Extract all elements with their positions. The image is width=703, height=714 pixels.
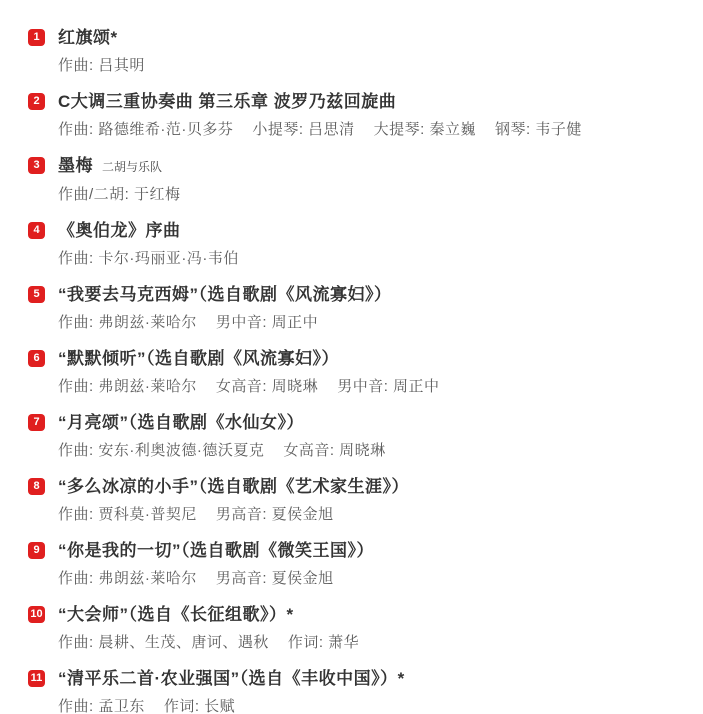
item-title-row: 《奥伯龙》序曲 xyxy=(58,219,683,243)
item-credits: 作曲/二胡: 于红梅 xyxy=(58,184,683,206)
item-credits: 作曲: 路德维希·范·贝多芬小提琴: 吕思清大提琴: 秦立巍钢琴: 韦子健 xyxy=(58,119,683,141)
item-number-badge: 11 xyxy=(28,670,45,687)
program-item: 8 “多么冰凉的小手”（选自歌剧《艺术家生涯》） 作曲: 贾科莫·普契尼男高音:… xyxy=(28,475,683,526)
credit-segment: 作词: 萧华 xyxy=(288,634,359,651)
item-number-badge: 4 xyxy=(28,222,45,239)
item-credits: 作曲: 卡尔·玛丽亚·冯·韦伯 xyxy=(58,248,683,270)
credit-segment: 男中音: 周正中 xyxy=(216,314,318,331)
credit-segment: 作曲: 卡尔·玛丽亚·冯·韦伯 xyxy=(58,250,239,267)
item-content: “多么冰凉的小手”（选自歌剧《艺术家生涯》） 作曲: 贾科莫·普契尼男高音: 夏… xyxy=(58,475,683,526)
credit-segment: 作曲: 贾科莫·普契尼 xyxy=(58,506,197,523)
item-credits: 作曲: 晨耕、生茂、唐诃、遇秋作词: 萧华 xyxy=(58,632,683,654)
item-content: “大会师”（选自《长征组歌》）* 作曲: 晨耕、生茂、唐诃、遇秋作词: 萧华 xyxy=(58,603,683,654)
credit-segment: 男中音: 周正中 xyxy=(337,378,439,395)
item-number-badge: 8 xyxy=(28,478,45,495)
credit-segment: 作词: 长赋 xyxy=(164,698,235,714)
item-content: 墨梅二胡与乐队 作曲/二胡: 于红梅 xyxy=(58,154,683,206)
program-item: 6 “默默倾听”（选自歌剧《风流寡妇》） 作曲: 弗朗兹·莱哈尔女高音: 周晓琳… xyxy=(28,347,683,398)
program-item: 1 红旗颂* 作曲: 吕其明 xyxy=(28,26,683,77)
item-number-badge: 9 xyxy=(28,542,45,559)
item-credits: 作曲: 贾科莫·普契尼男高音: 夏侯金旭 xyxy=(58,504,683,526)
item-title-row: “你是我的一切”（选自歌剧《微笑王国》） xyxy=(58,539,683,563)
item-title-row: “月亮颂”（选自歌剧《水仙女》） xyxy=(58,411,683,435)
item-title-row: 墨梅二胡与乐队 xyxy=(58,154,683,179)
item-title: C大调三重协奏曲 第三乐章 波罗乃兹回旋曲 xyxy=(58,92,396,111)
item-title: 红旗颂* xyxy=(58,28,118,47)
credit-segment: 作曲/二胡: 于红梅 xyxy=(58,186,181,203)
program-item: 3 墨梅二胡与乐队 作曲/二胡: 于红梅 xyxy=(28,154,683,206)
item-content: “清平乐二首·农业强国”（选自《丰收中国》）* 作曲: 孟卫东作词: 长赋 xyxy=(58,667,683,714)
credit-segment: 作曲: 弗朗兹·莱哈尔 xyxy=(58,314,197,331)
credit-segment: 作曲: 路德维希·范·贝多芬 xyxy=(58,121,233,138)
item-title-row: “清平乐二首·农业强国”（选自《丰收中国》）* xyxy=(58,667,683,691)
item-content: 《奥伯龙》序曲 作曲: 卡尔·玛丽亚·冯·韦伯 xyxy=(58,219,683,270)
item-number-badge: 2 xyxy=(28,93,45,110)
credit-segment: 大提琴: 秦立巍 xyxy=(374,121,476,138)
credit-segment: 小提琴: 吕思清 xyxy=(252,121,354,138)
item-title: “清平乐二首·农业强国”（选自《丰收中国》）* xyxy=(58,669,405,688)
item-title: “你是我的一切”（选自歌剧《微笑王国》） xyxy=(58,541,374,560)
item-credits: 作曲: 弗朗兹·莱哈尔女高音: 周晓琳男中音: 周正中 xyxy=(58,376,683,398)
item-title-row: “默默倾听”（选自歌剧《风流寡妇》） xyxy=(58,347,683,371)
item-title: “默默倾听”（选自歌剧《风流寡妇》） xyxy=(58,349,339,368)
item-number-badge: 7 xyxy=(28,414,45,431)
program-item: 2 C大调三重协奏曲 第三乐章 波罗乃兹回旋曲 作曲: 路德维希·范·贝多芬小提… xyxy=(28,90,683,141)
item-number-badge: 5 xyxy=(28,286,45,303)
item-content: “默默倾听”（选自歌剧《风流寡妇》） 作曲: 弗朗兹·莱哈尔女高音: 周晓琳男中… xyxy=(58,347,683,398)
program-item: 10 “大会师”（选自《长征组歌》）* 作曲: 晨耕、生茂、唐诃、遇秋作词: 萧… xyxy=(28,603,683,654)
item-title: 墨梅 xyxy=(58,156,93,175)
credit-segment: 男高音: 夏侯金旭 xyxy=(216,570,334,587)
item-content: C大调三重协奏曲 第三乐章 波罗乃兹回旋曲 作曲: 路德维希·范·贝多芬小提琴:… xyxy=(58,90,683,141)
credit-segment: 作曲: 吕其明 xyxy=(58,57,145,74)
credit-segment: 作曲: 晨耕、生茂、唐诃、遇秋 xyxy=(58,634,269,651)
program-list: 1 红旗颂* 作曲: 吕其明 2 C大调三重协奏曲 第三乐章 波罗乃兹回旋曲 作… xyxy=(0,0,703,714)
item-title: “我要去马克西姆”（选自歌剧《风流寡妇》） xyxy=(58,285,392,304)
item-title: “月亮颂”（选自歌剧《水仙女》） xyxy=(58,413,304,432)
item-credits: 作曲: 安东·利奥波德·德沃夏克女高音: 周晓琳 xyxy=(58,440,683,462)
credit-segment: 女高音: 周晓琳 xyxy=(283,442,385,459)
program-item: 9 “你是我的一切”（选自歌剧《微笑王国》） 作曲: 弗朗兹·莱哈尔男高音: 夏… xyxy=(28,539,683,590)
item-content: 红旗颂* 作曲: 吕其明 xyxy=(58,26,683,77)
item-number-badge: 6 xyxy=(28,350,45,367)
credit-segment: 女高音: 周晓琳 xyxy=(216,378,318,395)
item-credits: 作曲: 吕其明 xyxy=(58,55,683,77)
program-item: 7 “月亮颂”（选自歌剧《水仙女》） 作曲: 安东·利奥波德·德沃夏克女高音: … xyxy=(28,411,683,462)
item-title: “大会师”（选自《长征组歌》）* xyxy=(58,605,294,624)
credit-segment: 钢琴: 韦子健 xyxy=(495,121,582,138)
item-title-row: “我要去马克西姆”（选自歌剧《风流寡妇》） xyxy=(58,283,683,307)
credit-segment: 作曲: 孟卫东 xyxy=(58,698,145,714)
item-number-badge: 1 xyxy=(28,29,45,46)
item-title-row: C大调三重协奏曲 第三乐章 波罗乃兹回旋曲 xyxy=(58,90,683,114)
item-title-row: 红旗颂* xyxy=(58,26,683,50)
item-content: “我要去马克西姆”（选自歌剧《风流寡妇》） 作曲: 弗朗兹·莱哈尔男中音: 周正… xyxy=(58,283,683,334)
program-item: 4 《奥伯龙》序曲 作曲: 卡尔·玛丽亚·冯·韦伯 xyxy=(28,219,683,270)
item-number-badge: 3 xyxy=(28,157,45,174)
program-item: 11 “清平乐二首·农业强国”（选自《丰收中国》）* 作曲: 孟卫东作词: 长赋 xyxy=(28,667,683,714)
item-title-suffix: 二胡与乐队 xyxy=(102,160,162,174)
item-title: “多么冰凉的小手”（选自歌剧《艺术家生涯》） xyxy=(58,477,409,496)
item-credits: 作曲: 孟卫东作词: 长赋 xyxy=(58,696,683,714)
credit-segment: 作曲: 弗朗兹·莱哈尔 xyxy=(58,570,197,587)
item-credits: 作曲: 弗朗兹·莱哈尔男中音: 周正中 xyxy=(58,312,683,334)
credit-segment: 作曲: 安东·利奥波德·德沃夏克 xyxy=(58,442,264,459)
item-content: “你是我的一切”（选自歌剧《微笑王国》） 作曲: 弗朗兹·莱哈尔男高音: 夏侯金… xyxy=(58,539,683,590)
item-title-row: “多么冰凉的小手”（选自歌剧《艺术家生涯》） xyxy=(58,475,683,499)
item-number-badge: 10 xyxy=(28,606,45,623)
item-title-row: “大会师”（选自《长征组歌》）* xyxy=(58,603,683,627)
item-credits: 作曲: 弗朗兹·莱哈尔男高音: 夏侯金旭 xyxy=(58,568,683,590)
credit-segment: 男高音: 夏侯金旭 xyxy=(216,506,334,523)
credit-segment: 作曲: 弗朗兹·莱哈尔 xyxy=(58,378,197,395)
program-item: 5 “我要去马克西姆”（选自歌剧《风流寡妇》） 作曲: 弗朗兹·莱哈尔男中音: … xyxy=(28,283,683,334)
item-content: “月亮颂”（选自歌剧《水仙女》） 作曲: 安东·利奥波德·德沃夏克女高音: 周晓… xyxy=(58,411,683,462)
item-title: 《奥伯龙》序曲 xyxy=(58,221,181,240)
